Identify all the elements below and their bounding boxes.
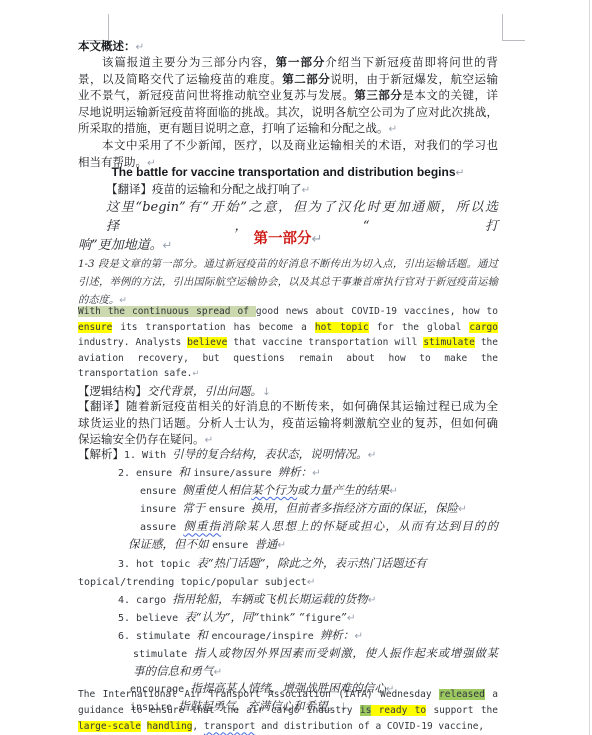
text-run: 1. With	[124, 450, 172, 461]
text-run: The International Air Transport Associat…	[78, 689, 439, 700]
paragraph-mark: ↵	[456, 166, 465, 179]
text-run: 某个行为	[251, 483, 297, 497]
paragraph-mark: ↵	[205, 434, 214, 446]
overview-paragraph-1: 该篇报道主要分为三部分内容，第一部分介绍当下新冠疫苗即将问世的背景，以及简略交代…	[78, 54, 498, 138]
text-run: 和	[196, 628, 211, 642]
text-line: 4. cargo 指用轮船，车辆或飞机长期运载的货物↵	[78, 591, 498, 609]
text-line: 该篇报道主要分为三部分内容，第一部分介绍当下新冠疫苗即将问世的背	[78, 54, 498, 71]
paragraph-mark: ↓	[262, 386, 271, 398]
text-run: The battle for vaccine transportation an…	[111, 165, 455, 179]
text-run: cargo	[469, 322, 498, 333]
text-run: 景，以及简略交代了运输疫苗的难度。	[78, 72, 282, 86]
text-boundary-mark-top-right	[502, 14, 525, 41]
text-line: 第一部分↵	[78, 229, 498, 250]
text-run: the	[475, 337, 498, 348]
text-line: 球货运业的热门话题。分析人士认为，疫苗运输将刺激航空业的复苏，但如何确	[78, 415, 498, 432]
paragraph-mark: ↵	[389, 123, 398, 135]
text-run: think	[259, 613, 289, 624]
text-run: 该篇报道主要分为三部分内容，	[102, 55, 276, 69]
english-paragraph-1: With the continuous spread of good news …	[78, 304, 498, 383]
text-run: ” “	[289, 610, 304, 624]
text-run: figure	[305, 613, 341, 624]
title-translation: 【翻译】疫苗的运输和分配之战打响了↵	[78, 181, 498, 199]
text-run	[141, 721, 147, 732]
text-line: 1-3 段是文章的第一部分。通过新冠疫苗的好消息不断传出为切入点，引出运输话题。…	[78, 255, 498, 273]
text-run: topical/trending topic/popular subject	[78, 577, 307, 588]
text-line: ensure its transportation has become a h…	[78, 320, 498, 336]
text-run: believe	[187, 337, 227, 348]
text-line: ensure 侧重使人相信某个行为或力量产生的结果↵	[78, 482, 498, 500]
text-run: 交代背景，引出问题。	[147, 384, 262, 398]
text-run: industry. Analysts	[78, 337, 187, 348]
overview-heading: 本文概述：↵	[78, 38, 498, 56]
text-line: insure 常于 ensure 换用，但前者多指经济方面的保证，保险↵	[78, 500, 498, 518]
text-line: 2. ensure 和 insure/assure 辨析：↵	[78, 464, 498, 482]
text-line: topical/trending topic/popular subject↵	[78, 573, 498, 591]
paragraph-mark: ↵	[214, 666, 223, 678]
text-run: 是本文的关键，详	[402, 88, 498, 102]
text-run: 所采取的措施，更有题目说明之意，打响了运输和分配之战。	[78, 121, 389, 135]
text-run: With the continuous spread of	[78, 306, 256, 317]
text-line: 【解析】1. With 引导的复合结构，表状态，说明情况。↵	[78, 446, 498, 464]
text-run: ,	[192, 721, 203, 732]
text-run: 本文概述：	[78, 39, 136, 53]
paragraph-mark: ↵	[458, 503, 467, 515]
text-line: 保证感，但不如 ensure 普通↵	[78, 536, 498, 554]
text-run: 2. ensure	[118, 468, 178, 479]
text-line: stimulate 指人或物因外界因素而受刺激，使人振作起来或增强做某	[78, 645, 498, 663]
text-run: 5. believe	[118, 613, 184, 624]
text-line: 本文中采用了不少新闻，医疗，以及商业运输相关的术语，对我们的学习也	[78, 137, 498, 154]
text-run: 【逻辑结构】	[78, 384, 147, 398]
text-run: a	[485, 689, 498, 700]
text-run: 换用，但前者多指经济方面的保证，保险	[251, 501, 458, 515]
text-run: 引导的复合结构，表状态，说明情况。	[172, 447, 368, 461]
text-run: 表“认为”，同“	[184, 610, 259, 624]
text-line: large-scale handling, transport and dist…	[78, 719, 498, 735]
text-run: 3. hot topic	[118, 559, 196, 570]
text-run: stimulate	[423, 337, 474, 348]
text-run: 保运输安全仍存在疑问。	[78, 432, 205, 446]
text-run: 本文中采用了不少新闻，医疗，以及商业运输相关的术语，对我们的学习也	[102, 138, 498, 152]
text-line: 景，以及简略交代了运输疫苗的难度。第二部分说明，由于新冠爆发，航空运输	[78, 71, 498, 88]
text-run: 第一部分	[276, 55, 326, 69]
text-run: 【解析】	[78, 447, 124, 461]
text-line: 所采取的措施，更有题目说明之意，打响了运输和分配之战。↵	[78, 120, 498, 138]
text-run: 引述，举例的方法，引出国际航空运输协会，以及其总干事兼首席执行官对于新冠疫苗运输	[78, 276, 498, 288]
text-line: 【翻译】随着新冠疫苗相关的好消息的不断传来，如何确保其运输过程已成为全	[78, 398, 498, 415]
part1-heading: 第一部分↵	[78, 229, 498, 250]
text-run: 指人或物因外界因素而受刺激，使人振作起来或增强做某	[194, 646, 498, 660]
text-run: ensure	[78, 322, 112, 333]
paragraph-mark: ↵	[368, 594, 377, 606]
text-run: good news about COVID-19 vaccines, how t…	[256, 306, 498, 317]
text-run: its transportation has become a	[112, 322, 315, 333]
text-line: The International Air Transport Associat…	[78, 687, 498, 703]
text-run: 侧重指	[183, 519, 221, 533]
page-edge-line	[589, 0, 590, 735]
article-title-english: The battle for vaccine transportation an…	[78, 164, 498, 181]
paragraph-mark: ↵	[354, 630, 363, 642]
text-run: 指用轮船，车辆或飞机长期运载的货物	[172, 592, 368, 606]
text-line: assure 侧重指消除某人思想上的怀疑或担心，从而有达到目的的	[78, 518, 498, 536]
text-run: transport	[204, 721, 255, 732]
text-run: 辨析：	[320, 628, 355, 642]
english-paragraph-2: The International Air Transport Associat…	[78, 687, 498, 735]
text-line: 业不景气，新冠疫苗问世将推动航空业复苏与发展。第三部分是本文的关键，详	[78, 87, 498, 104]
text-run: 【翻译】疫苗的运输和分配之战打响了	[106, 182, 302, 196]
text-run: 和	[178, 465, 193, 479]
text-run: stimulate	[133, 649, 194, 660]
text-run: is	[360, 705, 371, 716]
text-line: 本文概述：↵	[78, 38, 498, 56]
text-run: insure/assure	[193, 468, 277, 479]
paragraph-mark: ↵	[302, 184, 311, 196]
text-run: ensure	[209, 504, 251, 515]
text-run: ready to	[371, 705, 426, 716]
text-run: 第三部分	[354, 88, 402, 102]
paragraph-mark: ↵	[347, 612, 356, 624]
paragraph-mark: ↵	[312, 232, 323, 247]
word-document-page: 本文概述：↵ 该篇报道主要分为三部分内容，第一部分介绍当下新冠疫苗即将问世的背景…	[0, 0, 592, 735]
text-run: handling	[147, 721, 193, 732]
text-run: 【翻译】随着新冠疫苗相关的好消息的不断传来，如何确保其运输过程已成为全	[78, 399, 498, 413]
text-run: 辨析：	[278, 465, 313, 479]
text-line: aviation recovery, but questions remain …	[78, 351, 498, 367]
text-run: for the global	[369, 322, 470, 333]
text-run: 第二部分	[282, 72, 330, 86]
text-run: assure	[140, 522, 183, 533]
text-run: 尽地说明运输新冠疫苗将面临的挑战。其次，说明各航空公司为了应对此次挑战，	[78, 105, 498, 119]
text-run: 或力量产生的结果	[297, 483, 389, 497]
text-line: 【翻译】疫苗的运输和分配之战打响了↵	[78, 181, 498, 199]
text-run: transportation safe.	[78, 368, 192, 379]
text-run: support the	[426, 705, 498, 716]
analysis-section: 【解析】1. With 引导的复合结构，表状态，说明情况。↵2. ensure …	[78, 446, 498, 716]
text-run: 业不景气，新冠疫苗问世将推动航空业复苏与发展。	[78, 88, 354, 102]
text-run: 常于	[182, 501, 209, 515]
text-run: and distribution of a COVID-19 vaccine,	[255, 721, 484, 732]
part1-intro-note: 1-3 段是文章的第一部分。通过新冠疫苗的好消息不断传出为切入点，引出运输话题。…	[78, 255, 498, 310]
paragraph-mark: ↵	[307, 576, 316, 588]
text-run: 球货运业的热门话题。分析人士认为，疫苗运输将刺激航空业的复苏，但如何确	[78, 416, 498, 430]
text-line: 6. stimulate 和 encourage/inspire 辨析：↵	[78, 627, 498, 645]
text-run: 侧重使人相信	[182, 483, 251, 497]
text-run: 6. stimulate	[118, 631, 196, 642]
text-run: ensure	[212, 540, 254, 551]
text-run: 表“热门话题”，除此之外，表示热门话题还有	[196, 556, 426, 570]
text-run: hot topic	[315, 322, 369, 333]
text-line: 5. believe 表“认为”，同“think” “figure”↵	[78, 609, 498, 627]
paragraph1-translation: 【翻译】随着新冠疫苗相关的好消息的不断传来，如何确保其运输过程已成为全球货运业的…	[78, 398, 498, 449]
text-line: industry. Analysts believe that vaccine …	[78, 335, 498, 351]
text-run: released	[439, 689, 485, 700]
text-run: 1-3 段是文章的第一部分。通过新冠疫苗的好消息不断传出为切入点，引出运输话题。…	[78, 258, 498, 270]
text-run: that vaccine transportation will	[227, 337, 423, 348]
text-run: 说明，由于新冠爆发，航空运输	[330, 72, 498, 86]
text-run: 第一部分	[254, 230, 312, 247]
text-line: guidance to ensure that the air cargo in…	[78, 703, 498, 719]
paragraph-mark: ↵	[136, 41, 145, 53]
text-line: 事的信息和勇气↵	[78, 663, 498, 680]
text-line: transportation safe.↵	[78, 366, 498, 383]
paragraph-mark: ↵	[368, 449, 377, 461]
text-run: large-scale	[78, 721, 141, 732]
text-run: 介绍当下新冠疫苗即将问世的背	[325, 55, 498, 69]
paragraph-mark: ↵	[389, 485, 398, 497]
text-line: With the continuous spread of good news …	[78, 304, 498, 320]
text-line: 3. hot topic 表“热门话题”，除此之外，表示热门话题还有	[78, 555, 498, 573]
text-run: 保证感，但不如	[128, 537, 212, 551]
text-run: ensure	[140, 486, 182, 497]
paragraph-mark: ↵	[277, 539, 286, 551]
text-run: 消除某人思想上的怀疑或担心，从而有达到目的的	[221, 519, 498, 533]
text-run: 4. cargo	[118, 595, 172, 606]
paragraph-mark: ↵	[312, 467, 321, 479]
paragraph-mark: ↵	[192, 369, 199, 379]
text-boundary-mark-top-left	[86, 14, 109, 41]
text-line: 尽地说明运输新冠疫苗将面临的挑战。其次，说明各航空公司为了应对此次挑战，	[78, 104, 498, 121]
text-run: 事的信息和勇气	[133, 664, 214, 678]
text-run: insure	[140, 504, 182, 515]
text-line: 引述，举例的方法，引出国际航空运输协会，以及其总干事兼首席执行官对于新冠疫苗运输	[78, 273, 498, 291]
text-run: encourage/inspire	[211, 631, 319, 642]
text-run: aviation recovery, but questions remain …	[78, 353, 498, 364]
text-run: 普通	[254, 537, 277, 551]
text-run: guidance to ensure that the air cargo in…	[78, 705, 360, 716]
text-line: The battle for vaccine transportation an…	[78, 164, 498, 181]
